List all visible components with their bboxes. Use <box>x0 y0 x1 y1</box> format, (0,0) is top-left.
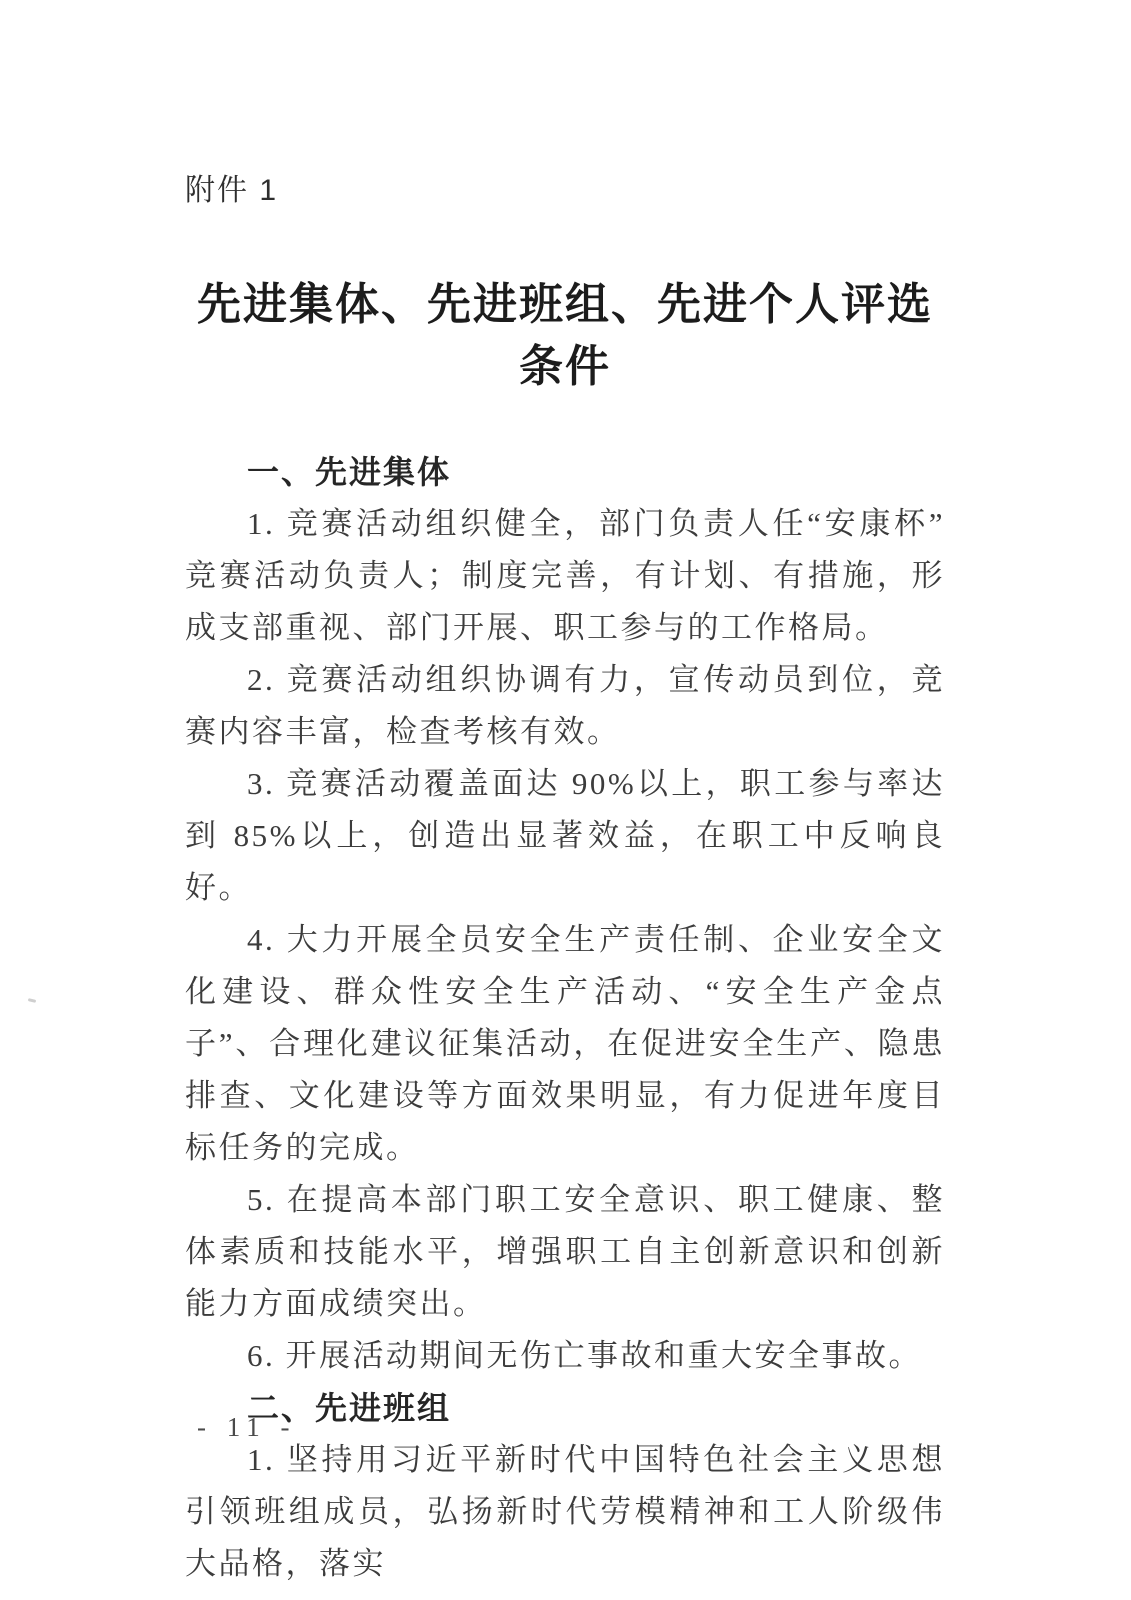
paragraph-5: 5. 在提高本部门职工安全意识、职工健康、整体素质和技能水平，增强职工自主创新意… <box>185 1174 945 1330</box>
document-title: 先进集体、先进班组、先进个人评选条件 <box>185 274 945 398</box>
document-page: 附件 1 先进集体、先进班组、先进个人评选条件 一、先进集体 1. 竞赛活动组织… <box>0 0 1131 1600</box>
paragraph-2: 2. 竞赛活动组织协调有力，宣传动员到位，竞赛内容丰富，检查考核有效。 <box>185 654 945 758</box>
page-number: - 11 - <box>197 1412 296 1443</box>
attachment-label: 附件 1 <box>185 172 945 210</box>
section-heading-advanced-collective: 一、先进集体 <box>185 446 945 498</box>
content-column: 附件 1 先进集体、先进班组、先进个人评选条件 一、先进集体 1. 竞赛活动组织… <box>0 0 1131 1590</box>
paragraph-6: 6. 开展活动期间无伤亡事故和重大安全事故。 <box>185 1330 945 1382</box>
paragraph-3: 3. 竞赛活动覆盖面达 90%以上，职工参与率达到 85%以上，创造出显著效益，… <box>185 758 945 914</box>
paragraph-7: 1. 坚持用习近平新时代中国特色社会主义思想引领班组成员，弘扬新时代劳模精神和工… <box>185 1434 945 1590</box>
paragraph-4: 4. 大力开展全员安全生产责任制、企业安全文化建设、群众性安全生产活动、“安全生… <box>185 914 945 1174</box>
section-heading-advanced-team: 二、先进班组 <box>185 1382 945 1434</box>
paragraph-1: 1. 竞赛活动组织健全，部门负责人任“安康杯”竞赛活动负责人；制度完善，有计划、… <box>185 498 945 654</box>
